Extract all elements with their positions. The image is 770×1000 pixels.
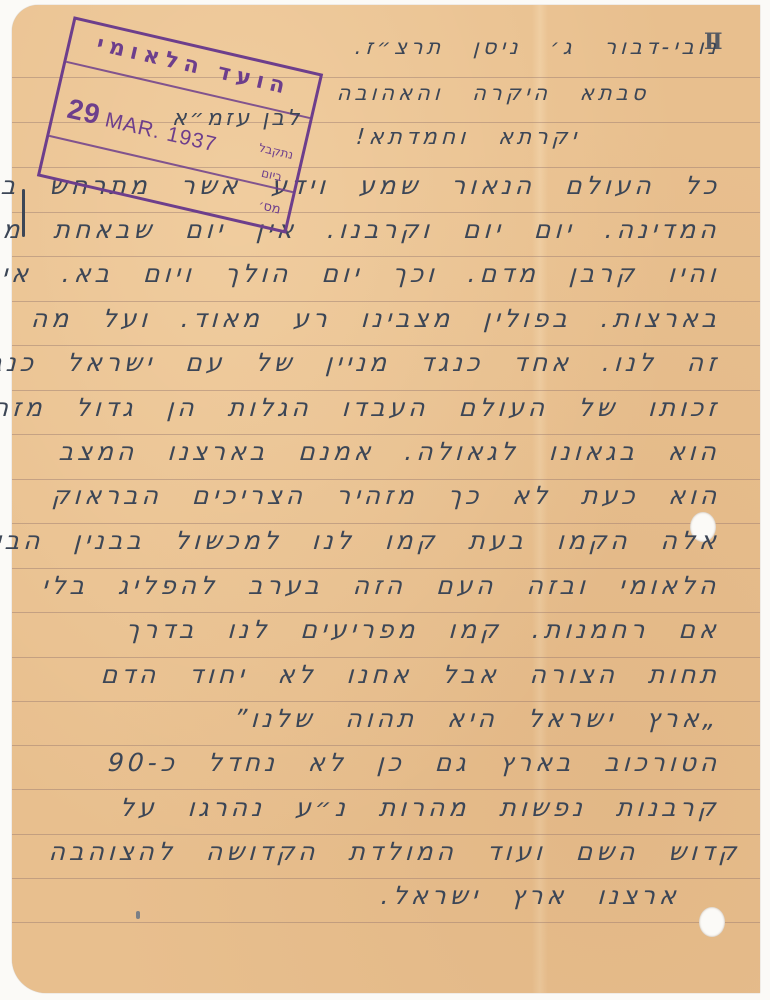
ruled-line <box>12 212 760 213</box>
letter-line: והיו קרבן מדם. וכך יום הולך ויום בא. אין… <box>0 259 721 288</box>
letter-line: הלאומי ובזה העם הזה בערב להפליג בלי <box>41 571 721 600</box>
ruled-line <box>12 878 760 879</box>
ruled-line <box>12 922 760 923</box>
ruled-line <box>12 390 760 391</box>
letter-line: אם רחמנות. קמו מפריעים לנו בדרך <box>125 615 721 644</box>
letter-line: המדינה. יום יום וקרבנו. אין יום שבאחת מע… <box>0 215 721 244</box>
letter-line: זה לנו. אחד כנגד מניין של עם ישראל כנגד <box>0 348 721 377</box>
letter-line: „ארץ ישראל היא תהוה שלנו” <box>233 704 721 733</box>
stamp-on-label: ביום <box>260 166 283 184</box>
ruled-line <box>12 789 760 790</box>
letter-line: הוא בגאונו לגאולה. אמנם בארצנו המצב <box>58 437 721 466</box>
stamp-number-label: מס׳ <box>257 198 282 218</box>
letter-line: אלה הקמו בעת קמו לנו למכשול בבנין הבית <box>0 526 721 555</box>
ruled-line <box>12 434 760 435</box>
letter-closing-line: ארצנו ארץ ישראל. <box>380 881 681 910</box>
ruled-line <box>12 523 760 524</box>
letter-line: בארצות. בפולין מצבינו רע מאוד. ועל מה ול… <box>0 304 721 333</box>
stamp-handwritten-note: לבן עזמ״א <box>172 106 302 131</box>
handwritten-stroke <box>22 189 25 237</box>
ink-speck <box>136 911 140 919</box>
punch-hole <box>699 907 725 937</box>
ruled-line <box>12 834 760 835</box>
letter-line: קרבנות נפשות מהרות נ״ע נהרגו על <box>119 793 721 822</box>
ruled-line <box>12 701 760 702</box>
letter-heading-date: נובי-דבור ג׳ ניסן תרצ״ז. <box>354 35 721 59</box>
salutation-line-2: יקרתא וחמדתא! <box>355 125 581 150</box>
letter-paper: Ⅱ נובי-דבור ג׳ ניסן תרצ״ז. סבתא היקרה וה… <box>12 5 760 993</box>
ruled-line <box>12 256 760 257</box>
letter-line: הוא כעת לא כך מזהיר הצריכים הבראוק <box>50 481 721 510</box>
ruled-line <box>12 657 760 658</box>
ruled-line <box>12 301 760 302</box>
letter-line: תחות הצורה אבל אחנו לא יחוד הדם <box>100 660 721 689</box>
letter-line: קדוש השם ועוד המולדת הקדושה להצוהבה <box>47 837 741 866</box>
letter-line: הטורכוב בארץ גם כן לא נחדל כ-90 <box>106 748 721 777</box>
letter-line: זכותו של העולם העבדו הגלות הן גדול מזה <box>0 393 721 422</box>
stamp-organization: הועד הלאומי <box>69 26 318 107</box>
ruled-line <box>12 612 760 613</box>
salutation-line-1: סבתא היקרה והאהובה <box>337 81 651 105</box>
ruled-line <box>12 479 760 480</box>
ruled-line <box>12 345 760 346</box>
ruled-line <box>12 568 760 569</box>
stamp-date-day: 29 <box>64 93 103 131</box>
ruled-line <box>12 745 760 746</box>
stamp-received-label: נתקבל <box>257 141 294 163</box>
